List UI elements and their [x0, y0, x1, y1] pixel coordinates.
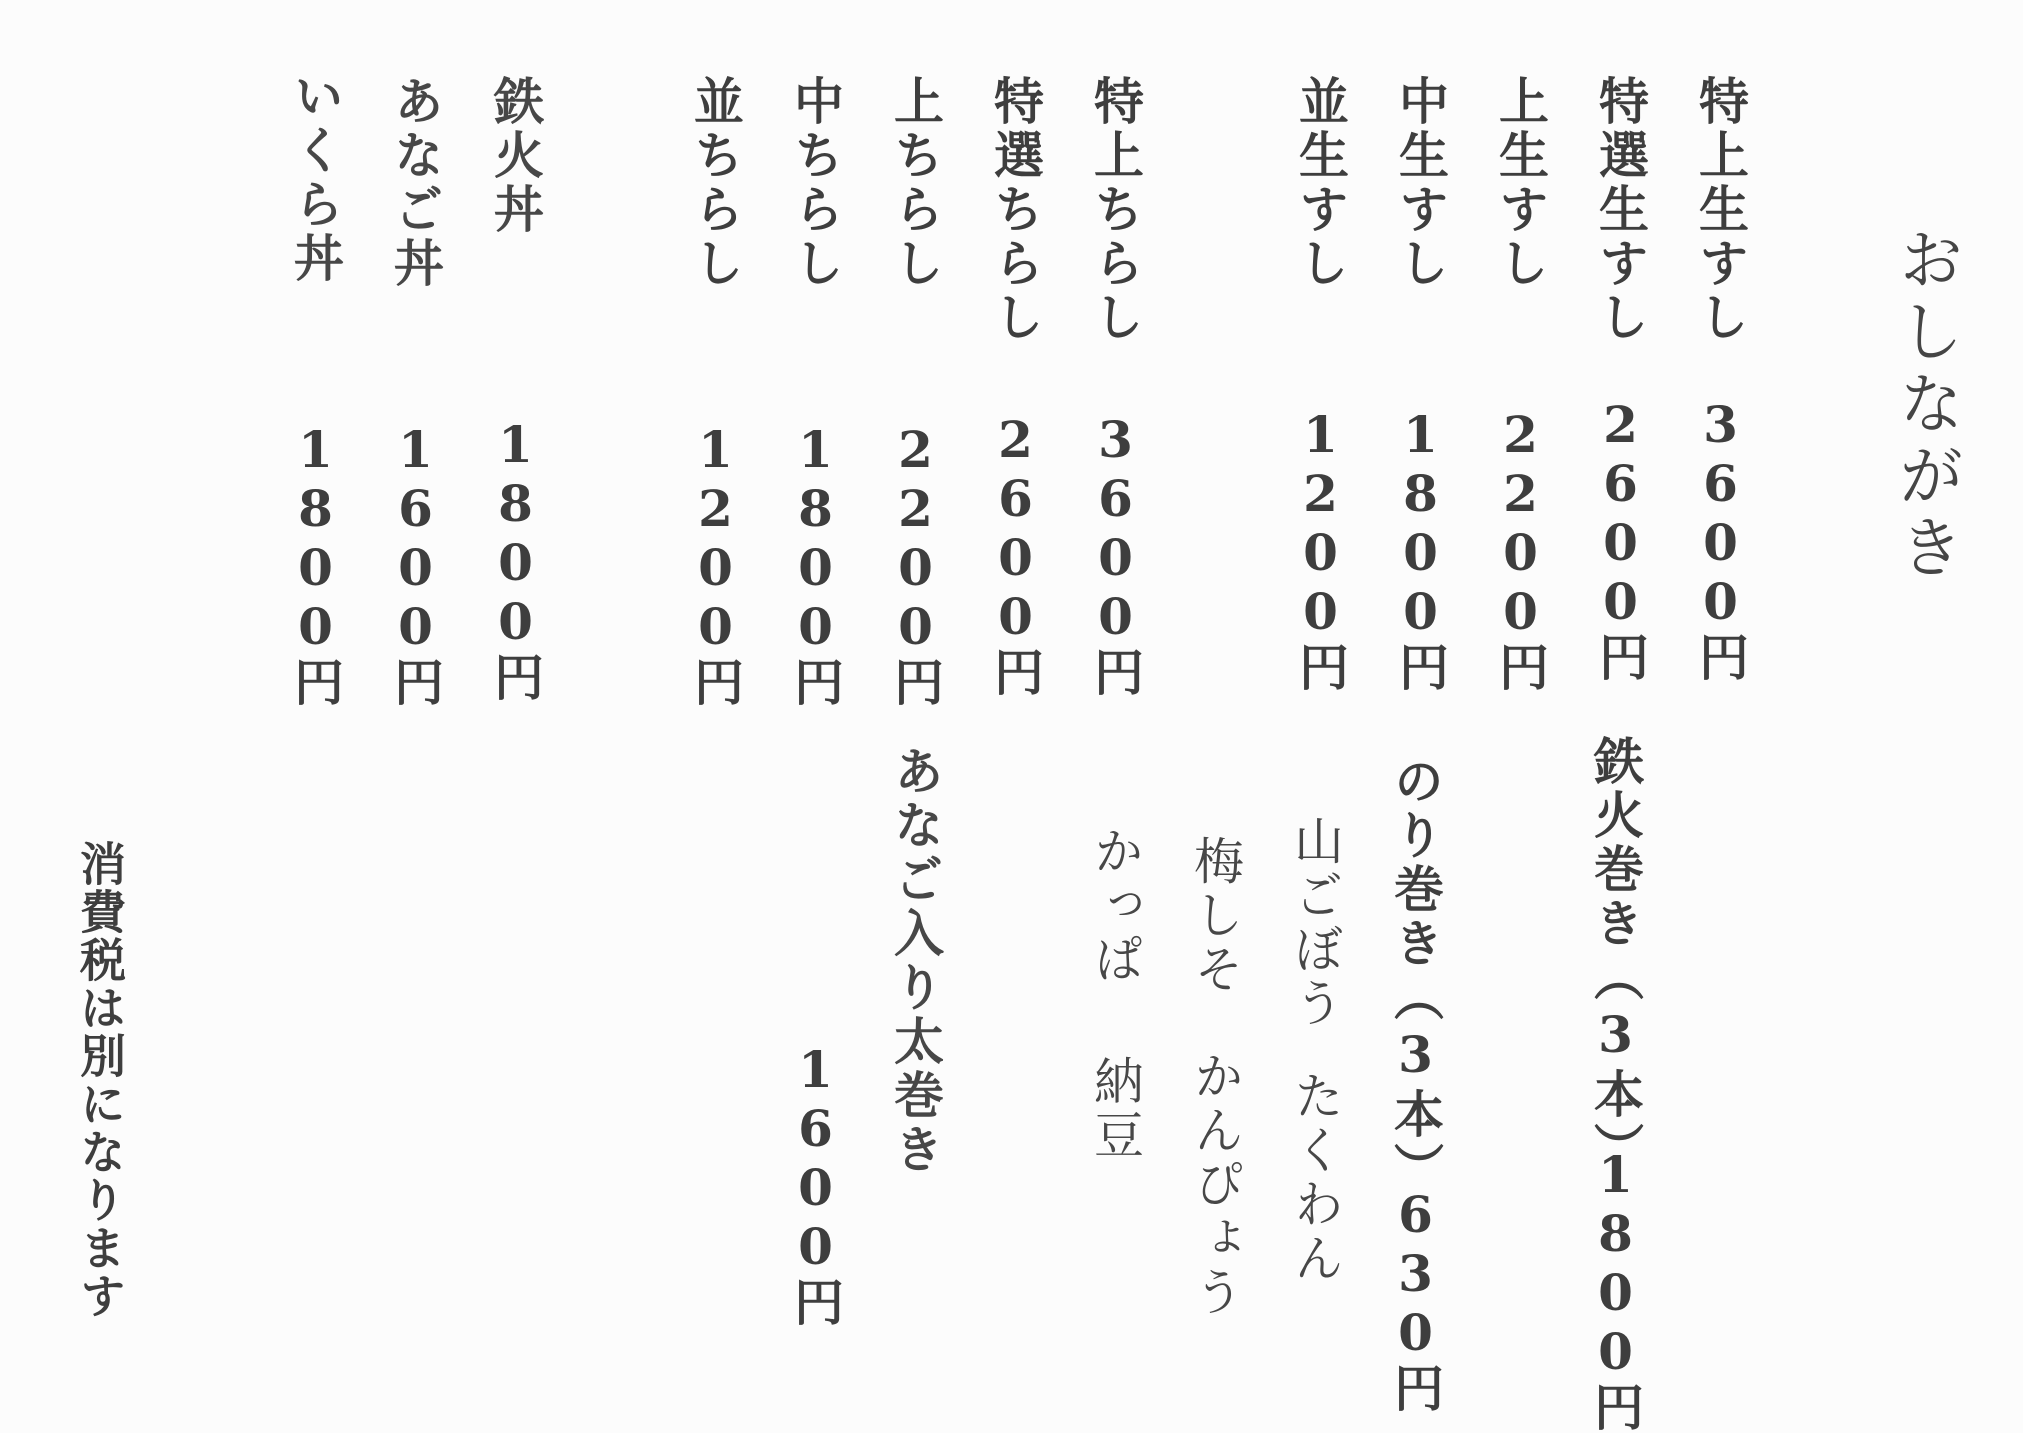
sushi-item-name: 特選生すし: [1590, 75, 1650, 345]
donburi-item-price: 1600円: [385, 420, 445, 706]
maki-futomaki-name: あなご入り太巻き: [885, 745, 945, 1177]
nori-option: 納豆: [1085, 1055, 1145, 1163]
sushi-item-price: 1200円: [1290, 405, 1350, 691]
tax-note: 消費税は別になります: [70, 840, 130, 1320]
sushi-item-price: 2200円: [1490, 405, 1550, 691]
sushi-item-price: 1800円: [1390, 405, 1450, 691]
nori-option: 梅しそ: [1185, 835, 1245, 997]
chirashi-item-price: 1200円: [685, 420, 745, 706]
chirashi-item-name: 上ちらし: [885, 75, 945, 291]
donburi-item-name: いくら丼: [285, 70, 345, 286]
chirashi-item-price: 2200円: [885, 420, 945, 706]
sushi-item-name: 中生すし: [1390, 75, 1450, 291]
maki-nori-name: のり巻き（3本）: [1385, 755, 1445, 1196]
sushi-item-price: 2600円: [1590, 395, 1650, 681]
sushi-item-name: 特上生すし: [1690, 75, 1750, 345]
maki-nori-price: 630円: [1385, 1185, 1445, 1412]
donburi-item-name: あなご丼: [385, 75, 445, 291]
nori-option: かんぴょう: [1185, 1050, 1245, 1320]
chirashi-item-name: 中ちらし: [785, 75, 845, 291]
menu-page: おしながき 特上生すし 3600円 特選生すし 2600円 上生すし 2200円…: [0, 0, 2023, 1433]
nori-option: たくわん: [1285, 1070, 1345, 1286]
donburi-item-price: 1800円: [485, 415, 545, 701]
chirashi-item-price: 1800円: [785, 420, 845, 706]
maki-tekka-name: 鉄火巻き（3本）: [1585, 735, 1645, 1176]
chirashi-item-price: 2600円: [985, 410, 1045, 696]
maki-tekka-price: 1800円: [1585, 1145, 1645, 1431]
sushi-item-name: 上生すし: [1490, 75, 1550, 291]
sushi-item-name: 並生すし: [1290, 75, 1350, 291]
chirashi-item-name: 並ちらし: [685, 75, 745, 291]
donburi-item-price: 1800円: [285, 420, 345, 706]
chirashi-item-name: 特上ちらし: [1085, 75, 1145, 345]
menu-title: おしながき: [1885, 225, 1965, 585]
sushi-item-price: 3600円: [1690, 395, 1750, 681]
chirashi-item-price: 3600円: [1085, 410, 1145, 696]
nori-option: 山ごぼう: [1285, 815, 1345, 1031]
maki-futomaki-price: 1600円: [785, 1040, 845, 1326]
donburi-item-name: 鉄火丼: [485, 75, 545, 237]
chirashi-item-name: 特選ちらし: [985, 75, 1045, 345]
nori-option: かっぱ: [1085, 825, 1145, 987]
